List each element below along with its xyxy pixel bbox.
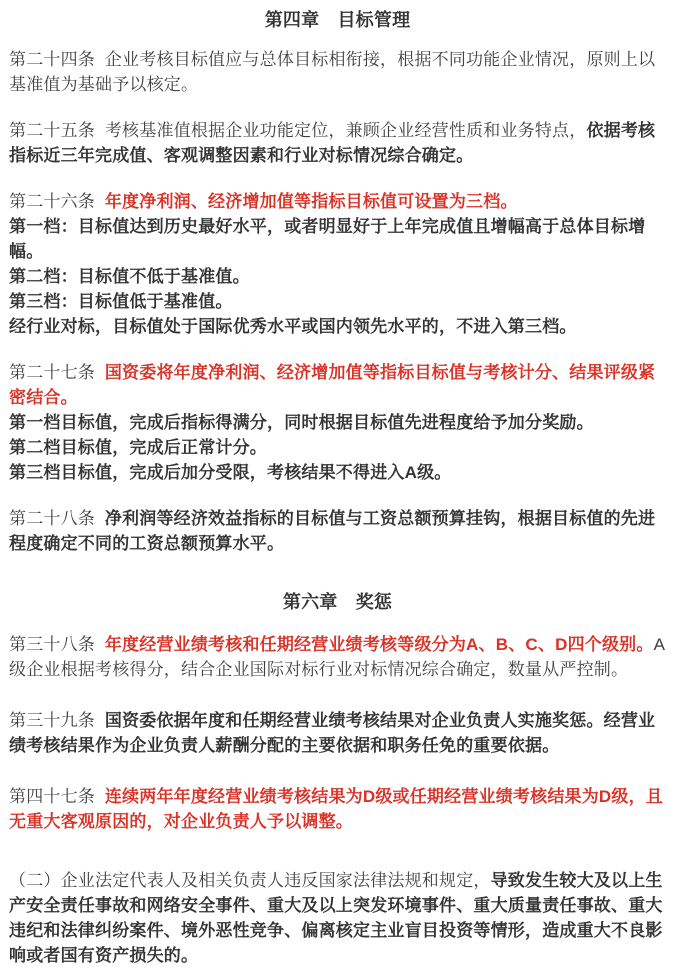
article-24-text: 第二十四条 企业考核目标值应与总体目标相衔接，根据不同功能企业情况，原则上以基准… <box>9 50 655 94</box>
article-28-paragraph: 第二十八条 净利润等经济效益指标的目标值与工资总额预算挂钩，根据目标值的先进程度… <box>9 506 666 556</box>
article-27-lead-line: 第二十七条 国资委将年度净利润、经济增加值等指标目标值与考核计分、结果评级紧密结… <box>9 360 666 410</box>
article-26-emphasis-text: 年度净利润、经济增加值等指标目标值可设置为三档。 <box>105 192 518 211</box>
article-25-paragraph: 第二十五条 考核基准值根据企业功能定位，兼顾企业经营性质和业务特点，依据考核指标… <box>9 118 666 168</box>
tier-1-definition-text: 第一档：目标值达到历史最好水平，或者明显好于上年完成值且增幅高于总体目标增幅。 <box>9 217 645 261</box>
tier-1-scoring-line: 第一档目标值，完成后指标得满分，同时根据目标值先进程度给予加分奖励。 <box>9 410 666 435</box>
article-27-label: 第二十七条 <box>9 363 105 382</box>
article-26-label: 第二十六条 <box>9 192 105 211</box>
clause-2-paragraph: （二）企业法定代表人及相关负责人违反国家法律法规和规定，导致发生较大及以上生产安… <box>9 868 666 968</box>
article-39-label: 第三十九条 <box>9 711 105 730</box>
tier-3-scoring-text: 第三档目标值，完成后加分受限，考核结果不得进入A级。 <box>9 463 451 482</box>
tier-3-definition-line: 第三档：目标值低于基准值。 <box>9 289 666 314</box>
article-27-block: 第二十七条 国资委将年度净利润、经济增加值等指标目标值与考核计分、结果评级紧密结… <box>9 360 666 485</box>
article-28-emphasis-text: 净利润等经济效益指标的目标值与工资总额预算挂钩，根据目标值的先进程度确定不同的工… <box>9 509 655 553</box>
tier-2-definition-line: 第二档：目标值不低于基准值。 <box>9 264 666 289</box>
article-24-paragraph: 第二十四条 企业考核目标值应与总体目标相衔接，根据不同功能企业情况，原则上以基准… <box>9 47 666 97</box>
tier-1-definition-line: 第一档：目标值达到历史最好水平，或者明显好于上年完成值且增幅高于总体目标增幅。 <box>9 214 666 264</box>
tier-2-scoring-line: 第二档目标值，完成后正常计分。 <box>9 435 666 460</box>
article-47-paragraph: 第四十七条 连续两年年度经营业绩考核结果为D级或任期经营业绩考核结果为D级，且无… <box>9 784 666 834</box>
tier-2-definition-text: 第二档：目标值不低于基准值。 <box>9 267 250 286</box>
tier-2-scoring-text: 第二档目标值，完成后正常计分。 <box>9 438 267 457</box>
regulation-document: 第四章 目标管理 第二十四条 企业考核目标值应与总体目标相衔接，根据不同功能企业… <box>0 0 675 970</box>
article-27-emphasis-text: 国资委将年度净利润、经济增加值等指标目标值与考核计分、结果评级紧密结合。 <box>9 363 655 407</box>
article-39-paragraph: 第三十九条 国资委依据年度和任期经营业绩考核结果对企业负责人实施奖惩。经营业绩考… <box>9 708 666 758</box>
article-39-emphasis-text: 国资委依据年度和任期经营业绩考核结果对企业负责人实施奖惩。经营业绩考核结果作为企… <box>9 711 655 755</box>
article-47-emphasis-text: 连续两年年度经营业绩考核结果为D级或任期经营业绩考核结果为D级，且无重大客观原因… <box>9 787 663 831</box>
article-25-intro-text: 第二十五条 考核基准值根据企业功能定位，兼顾企业经营性质和业务特点， <box>9 121 586 140</box>
article-38-paragraph: 第三十八条 年度经营业绩考核和任期经营业绩考核等级分为A、B、C、D四个级别。A… <box>9 632 666 682</box>
article-26-block: 第二十六条 年度净利润、经济增加值等指标目标值可设置为三档。 第一档：目标值达到… <box>9 189 666 339</box>
article-26-lead-line: 第二十六条 年度净利润、经济增加值等指标目标值可设置为三档。 <box>9 189 666 214</box>
tier-1-scoring-text: 第一档目标值，完成后指标得满分，同时根据目标值先进程度给予加分奖励。 <box>9 413 594 432</box>
benchmark-exception-text: 经行业对标，目标值处于国际优秀水平或国内领先水平的，不进入第三档。 <box>9 317 577 336</box>
clause-2-intro-text: （二）企业法定代表人及相关负责人违反国家法律法规和规定， <box>9 871 491 890</box>
article-38-label: 第三十八条 <box>9 635 105 654</box>
tier-3-definition-text: 第三档：目标值低于基准值。 <box>9 292 233 311</box>
article-28-label: 第二十八条 <box>9 509 105 528</box>
article-47-label: 第四十七条 <box>9 787 105 806</box>
tier-3-scoring-line: 第三档目标值，完成后加分受限，考核结果不得进入A级。 <box>9 460 666 485</box>
chapter-6-heading: 第六章 奖惩 <box>9 590 666 615</box>
article-38-emphasis-text: 年度经营业绩考核和任期经营业绩考核等级分为A、B、C、D四个级别。 <box>105 635 654 654</box>
chapter-4-heading: 第四章 目标管理 <box>9 8 666 33</box>
benchmark-exception-line: 经行业对标，目标值处于国际优秀水平或国内领先水平的，不进入第三档。 <box>9 314 666 339</box>
